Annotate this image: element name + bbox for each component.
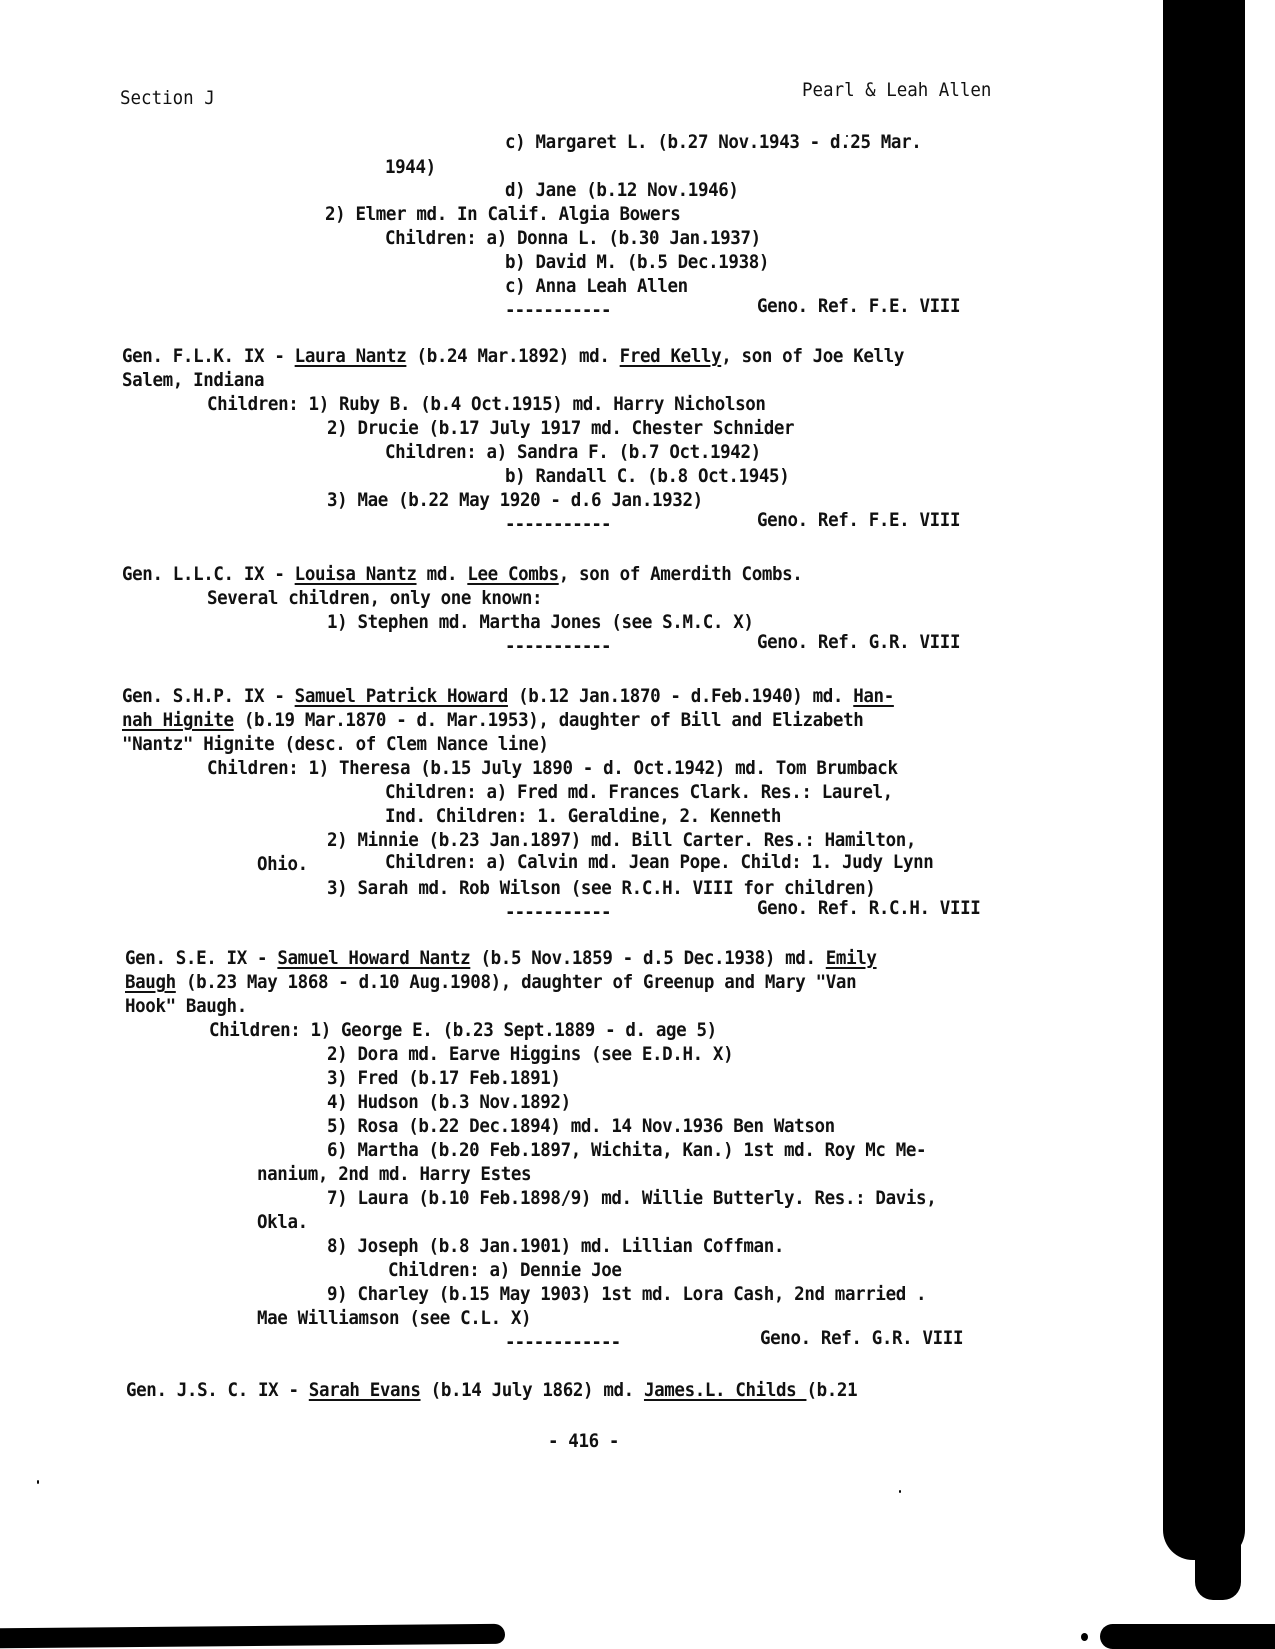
- text-segment: Children: a) Dennie Joe: [388, 1259, 622, 1281]
- text-segment: , son of Joe Kelly: [721, 345, 904, 367]
- text-line: c) Margaret L. (b.27 Nov.1943 - d.25 Mar…: [505, 130, 921, 154]
- text-segment: 5) Rosa (b.22 Dec.1894) md. 14 Nov.1936 …: [327, 1115, 835, 1137]
- text-segment: "Nantz" Hignite (desc. of Clem Nance lin…: [122, 733, 549, 755]
- text-line: nanium, 2nd md. Harry Estes: [257, 1162, 531, 1186]
- text-segment: Geno. Ref. F.E. VIII: [757, 295, 960, 317]
- text-segment: 3) Mae (b.22 May 1920 - d.6 Jan.1932): [327, 489, 703, 511]
- text-line: Children: 1) Theresa (b.15 July 1890 - d…: [207, 756, 898, 780]
- text-line: 2) Drucie (b.17 July 1917 md. Chester Sc…: [327, 416, 794, 440]
- text-segment: Children: a) Sandra F. (b.7 Oct.1942): [385, 441, 761, 463]
- text-segment: 8) Joseph (b.8 Jan.1901) md. Lillian Cof…: [327, 1235, 784, 1257]
- text-segment: 1944): [385, 156, 436, 178]
- text-segment: (b.24 Mar.1892) md.: [406, 345, 619, 367]
- scan-edge-shadow-foot: [1195, 1520, 1241, 1600]
- text-line: 5) Rosa (b.22 Dec.1894) md. 14 Nov.1936 …: [327, 1114, 835, 1138]
- text-segment: Children: a) Calvin md. Jean Pope. Child…: [385, 851, 933, 873]
- text-segment: Several children, only one known:: [207, 587, 542, 609]
- text-line: 9) Charley (b.15 May 1903) 1st md. Lora …: [327, 1282, 926, 1306]
- text-line: Gen. L.L.C. IX - Louisa Nantz md. Lee Co…: [122, 562, 802, 586]
- underlined-name: Laura Nantz: [295, 345, 407, 367]
- text-segment: b) David M. (b.5 Dec.1938): [505, 251, 769, 273]
- text-line: 2) Elmer md. In Calif. Algia Bowers: [325, 202, 680, 226]
- text-segment: (b.23 May 1868 - d.10 Aug.1908), daughte…: [176, 971, 856, 993]
- text-segment: md.: [417, 563, 468, 585]
- scan-speck: [1081, 1633, 1088, 1641]
- text-line: 1944): [385, 155, 436, 179]
- text-line: Gen. J.S. C. IX - Sarah Evans (b.14 July…: [126, 1378, 857, 1402]
- text-line: Baugh (b.23 May 1868 - d.10 Aug.1908), d…: [125, 970, 856, 994]
- text-segment: b) Randall C. (b.8 Oct.1945): [505, 465, 789, 487]
- text-segment: Gen. F.L.K. IX -: [122, 345, 295, 367]
- scan-bottom-right-smudge: [1100, 1624, 1275, 1649]
- scan-edge-shadow: [1163, 0, 1245, 1560]
- underlined-name: Louisa Nantz: [295, 563, 417, 585]
- text-segment: Gen. S.H.P. IX -: [122, 685, 295, 707]
- text-line: Children: 1) George E. (b.23 Sept.1889 -…: [209, 1018, 717, 1042]
- underlined-name: Samuel Patrick Howard: [295, 685, 508, 707]
- text-segment: Children: 1) George E. (b.23 Sept.1889 -…: [209, 1019, 717, 1041]
- text-segment: -----------: [505, 901, 611, 923]
- text-line: 6) Martha (b.20 Feb.1897, Wichita, Kan.)…: [327, 1138, 926, 1162]
- text-line: Salem, Indiana: [122, 368, 264, 392]
- underlined-name: Han-: [853, 685, 894, 707]
- text-line: Children: a) Dennie Joe: [388, 1258, 622, 1282]
- text-line: Okla.: [257, 1210, 308, 1234]
- geno-reference: Geno. Ref. F.E. VIII: [757, 508, 960, 532]
- entry-separator: -----------: [505, 298, 611, 322]
- text-segment: Children: a) Fred md. Frances Clark. Res…: [385, 781, 893, 803]
- text-line: b) Randall C. (b.8 Oct.1945): [505, 464, 789, 488]
- geno-reference: Geno. Ref. G.R. VIII: [757, 630, 960, 654]
- text-segment: c) Margaret L. (b.27 Nov.1943 - d.25 Mar…: [505, 131, 921, 153]
- section-label: Section J: [120, 86, 215, 110]
- text-segment: Okla.: [257, 1211, 308, 1233]
- text-line: b) David M. (b.5 Dec.1938): [505, 250, 769, 274]
- text-line: 7) Laura (b.10 Feb.1898/9) md. Willie Bu…: [327, 1186, 936, 1210]
- text-segment: Hook" Baugh.: [125, 995, 247, 1017]
- text-segment: Geno. Ref. G.R. VIII: [757, 631, 960, 653]
- geno-reference: Geno. Ref. F.E. VIII: [757, 294, 960, 318]
- text-line: Mae Williamson (see C.L. X): [257, 1306, 531, 1330]
- text-segment: Children: 1) Theresa (b.15 July 1890 - d…: [207, 757, 898, 779]
- text-line: 3) Fred (b.17 Feb.1891): [327, 1066, 561, 1090]
- text-segment: Geno. Ref. R.C.H. VIII: [757, 897, 980, 919]
- underlined-name: Fred Kelly: [620, 345, 722, 367]
- text-segment: Ind. Children: 1. Geraldine, 2. Kenneth: [385, 805, 781, 827]
- underlined-name: Lee Combs: [467, 563, 558, 585]
- text-line: 2) Minnie (b.23 Jan.1897) md. Bill Carte…: [327, 828, 916, 852]
- text-segment: 2) Elmer md. In Calif. Algia Bowers: [325, 203, 680, 225]
- text-segment: ------------: [505, 1331, 620, 1353]
- text-segment: -----------: [505, 513, 611, 535]
- text-segment: 9) Charley (b.15 May 1903) 1st md. Lora …: [327, 1283, 926, 1305]
- entry-separator: ------------: [505, 1330, 620, 1354]
- text-segment: (b.21: [806, 1379, 857, 1401]
- text-segment: 2) Minnie (b.23 Jan.1897) md. Bill Carte…: [327, 829, 916, 851]
- text-segment: Gen. J.S. C. IX -: [126, 1379, 309, 1401]
- document-page: Section J Pearl & Leah Allen c) Margaret…: [0, 0, 1275, 1649]
- text-line: Children: a) Sandra F. (b.7 Oct.1942): [385, 440, 761, 464]
- text-segment: 4) Hudson (b.3 Nov.1892): [327, 1091, 571, 1113]
- text-segment: Children: a) Donna L. (b.30 Jan.1937): [385, 227, 761, 249]
- underlined-name: James.L. Childs: [644, 1379, 806, 1401]
- text-segment: (b.12 Jan.1870 - d.Feb.1940) md.: [508, 685, 853, 707]
- text-line: 4) Hudson (b.3 Nov.1892): [327, 1090, 571, 1114]
- text-line: Children: 1) Ruby B. (b.4 Oct.1915) md. …: [207, 392, 766, 416]
- text-line: Ohio.: [257, 852, 308, 876]
- text-line: Gen. S.H.P. IX - Samuel Patrick Howard (…: [122, 684, 894, 708]
- text-line: 8) Joseph (b.8 Jan.1901) md. Lillian Cof…: [327, 1234, 784, 1258]
- text-segment: Ohio.: [257, 853, 308, 875]
- text-line: "Nantz" Hignite (desc. of Clem Nance lin…: [122, 732, 549, 756]
- text-segment: 6) Martha (b.20 Feb.1897, Wichita, Kan.)…: [327, 1139, 926, 1161]
- underlined-name: nah Hignite: [122, 709, 234, 731]
- underlined-name: Baugh: [125, 971, 176, 993]
- text-line: Hook" Baugh.: [125, 994, 247, 1018]
- scan-bottom-left-smudge: [0, 1624, 505, 1648]
- text-segment: Geno. Ref. G.R. VIII: [760, 1327, 963, 1349]
- text-line: Gen. S.E. IX - Samuel Howard Nantz (b.5 …: [125, 946, 877, 970]
- text-line: Gen. F.L.K. IX - Laura Nantz (b.24 Mar.1…: [122, 344, 904, 368]
- text-segment: 2) Dora md. Earve Higgins (see E.D.H. X): [327, 1043, 733, 1065]
- text-segment: d) Jane (b.12 Nov.1946): [505, 179, 739, 201]
- underlined-name: Emily: [826, 947, 877, 969]
- text-segment: -----------: [505, 635, 611, 657]
- text-segment: Geno. Ref. F.E. VIII: [757, 509, 960, 531]
- text-segment: 1) Stephen md. Martha Jones (see S.M.C. …: [327, 611, 754, 633]
- text-segment: Mae Williamson (see C.L. X): [257, 1307, 531, 1329]
- entry-separator: -----------: [505, 634, 611, 658]
- text-line: Children: a) Fred md. Frances Clark. Res…: [385, 780, 893, 804]
- text-line: 1) Stephen md. Martha Jones (see S.M.C. …: [327, 610, 754, 634]
- text-line: Several children, only one known:: [207, 586, 542, 610]
- geno-reference: Geno. Ref. G.R. VIII: [760, 1326, 963, 1350]
- text-segment: -----------: [505, 299, 611, 321]
- text-segment: (b.19 Mar.1870 - d. Mar.1953), daughter …: [234, 709, 864, 731]
- text-segment: c) Anna Leah Allen: [505, 275, 688, 297]
- text-line: nah Hignite (b.19 Mar.1870 - d. Mar.1953…: [122, 708, 863, 732]
- text-line: Children: a) Calvin md. Jean Pope. Child…: [385, 850, 933, 874]
- scan-speck: [899, 1490, 901, 1493]
- entry-separator: -----------: [505, 512, 611, 536]
- text-segment: 3) Fred (b.17 Feb.1891): [327, 1067, 561, 1089]
- text-line: c) Anna Leah Allen: [505, 274, 688, 298]
- underlined-name: Samuel Howard Nantz: [277, 947, 470, 969]
- family-header: Pearl & Leah Allen: [802, 78, 991, 102]
- text-segment: Salem, Indiana: [122, 369, 264, 391]
- text-line: d) Jane (b.12 Nov.1946): [505, 178, 739, 202]
- scan-speck: [846, 135, 848, 137]
- text-segment: nanium, 2nd md. Harry Estes: [257, 1163, 531, 1185]
- underlined-name: Sarah Evans: [309, 1379, 421, 1401]
- text-line: 3) Mae (b.22 May 1920 - d.6 Jan.1932): [327, 488, 703, 512]
- entry-separator: -----------: [505, 900, 611, 924]
- text-segment: (b.14 July 1862) md.: [421, 1379, 644, 1401]
- geno-reference: Geno. Ref. R.C.H. VIII: [757, 896, 980, 920]
- text-line: 2) Dora md. Earve Higgins (see E.D.H. X): [327, 1042, 733, 1066]
- text-segment: , son of Amerdith Combs.: [559, 563, 803, 585]
- text-line: Children: a) Donna L. (b.30 Jan.1937): [385, 226, 761, 250]
- text-segment: (b.5 Nov.1859 - d.5 Dec.1938) md.: [470, 947, 825, 969]
- text-segment: Gen. S.E. IX -: [125, 947, 277, 969]
- text-segment: Gen. L.L.C. IX -: [122, 563, 295, 585]
- scan-speck: [37, 1480, 39, 1484]
- text-line: Ind. Children: 1. Geraldine, 2. Kenneth: [385, 804, 781, 828]
- page-number: - 416 -: [548, 1429, 619, 1453]
- text-segment: 2) Drucie (b.17 July 1917 md. Chester Sc…: [327, 417, 794, 439]
- text-segment: Children: 1) Ruby B. (b.4 Oct.1915) md. …: [207, 393, 766, 415]
- text-segment: 7) Laura (b.10 Feb.1898/9) md. Willie Bu…: [327, 1187, 936, 1209]
